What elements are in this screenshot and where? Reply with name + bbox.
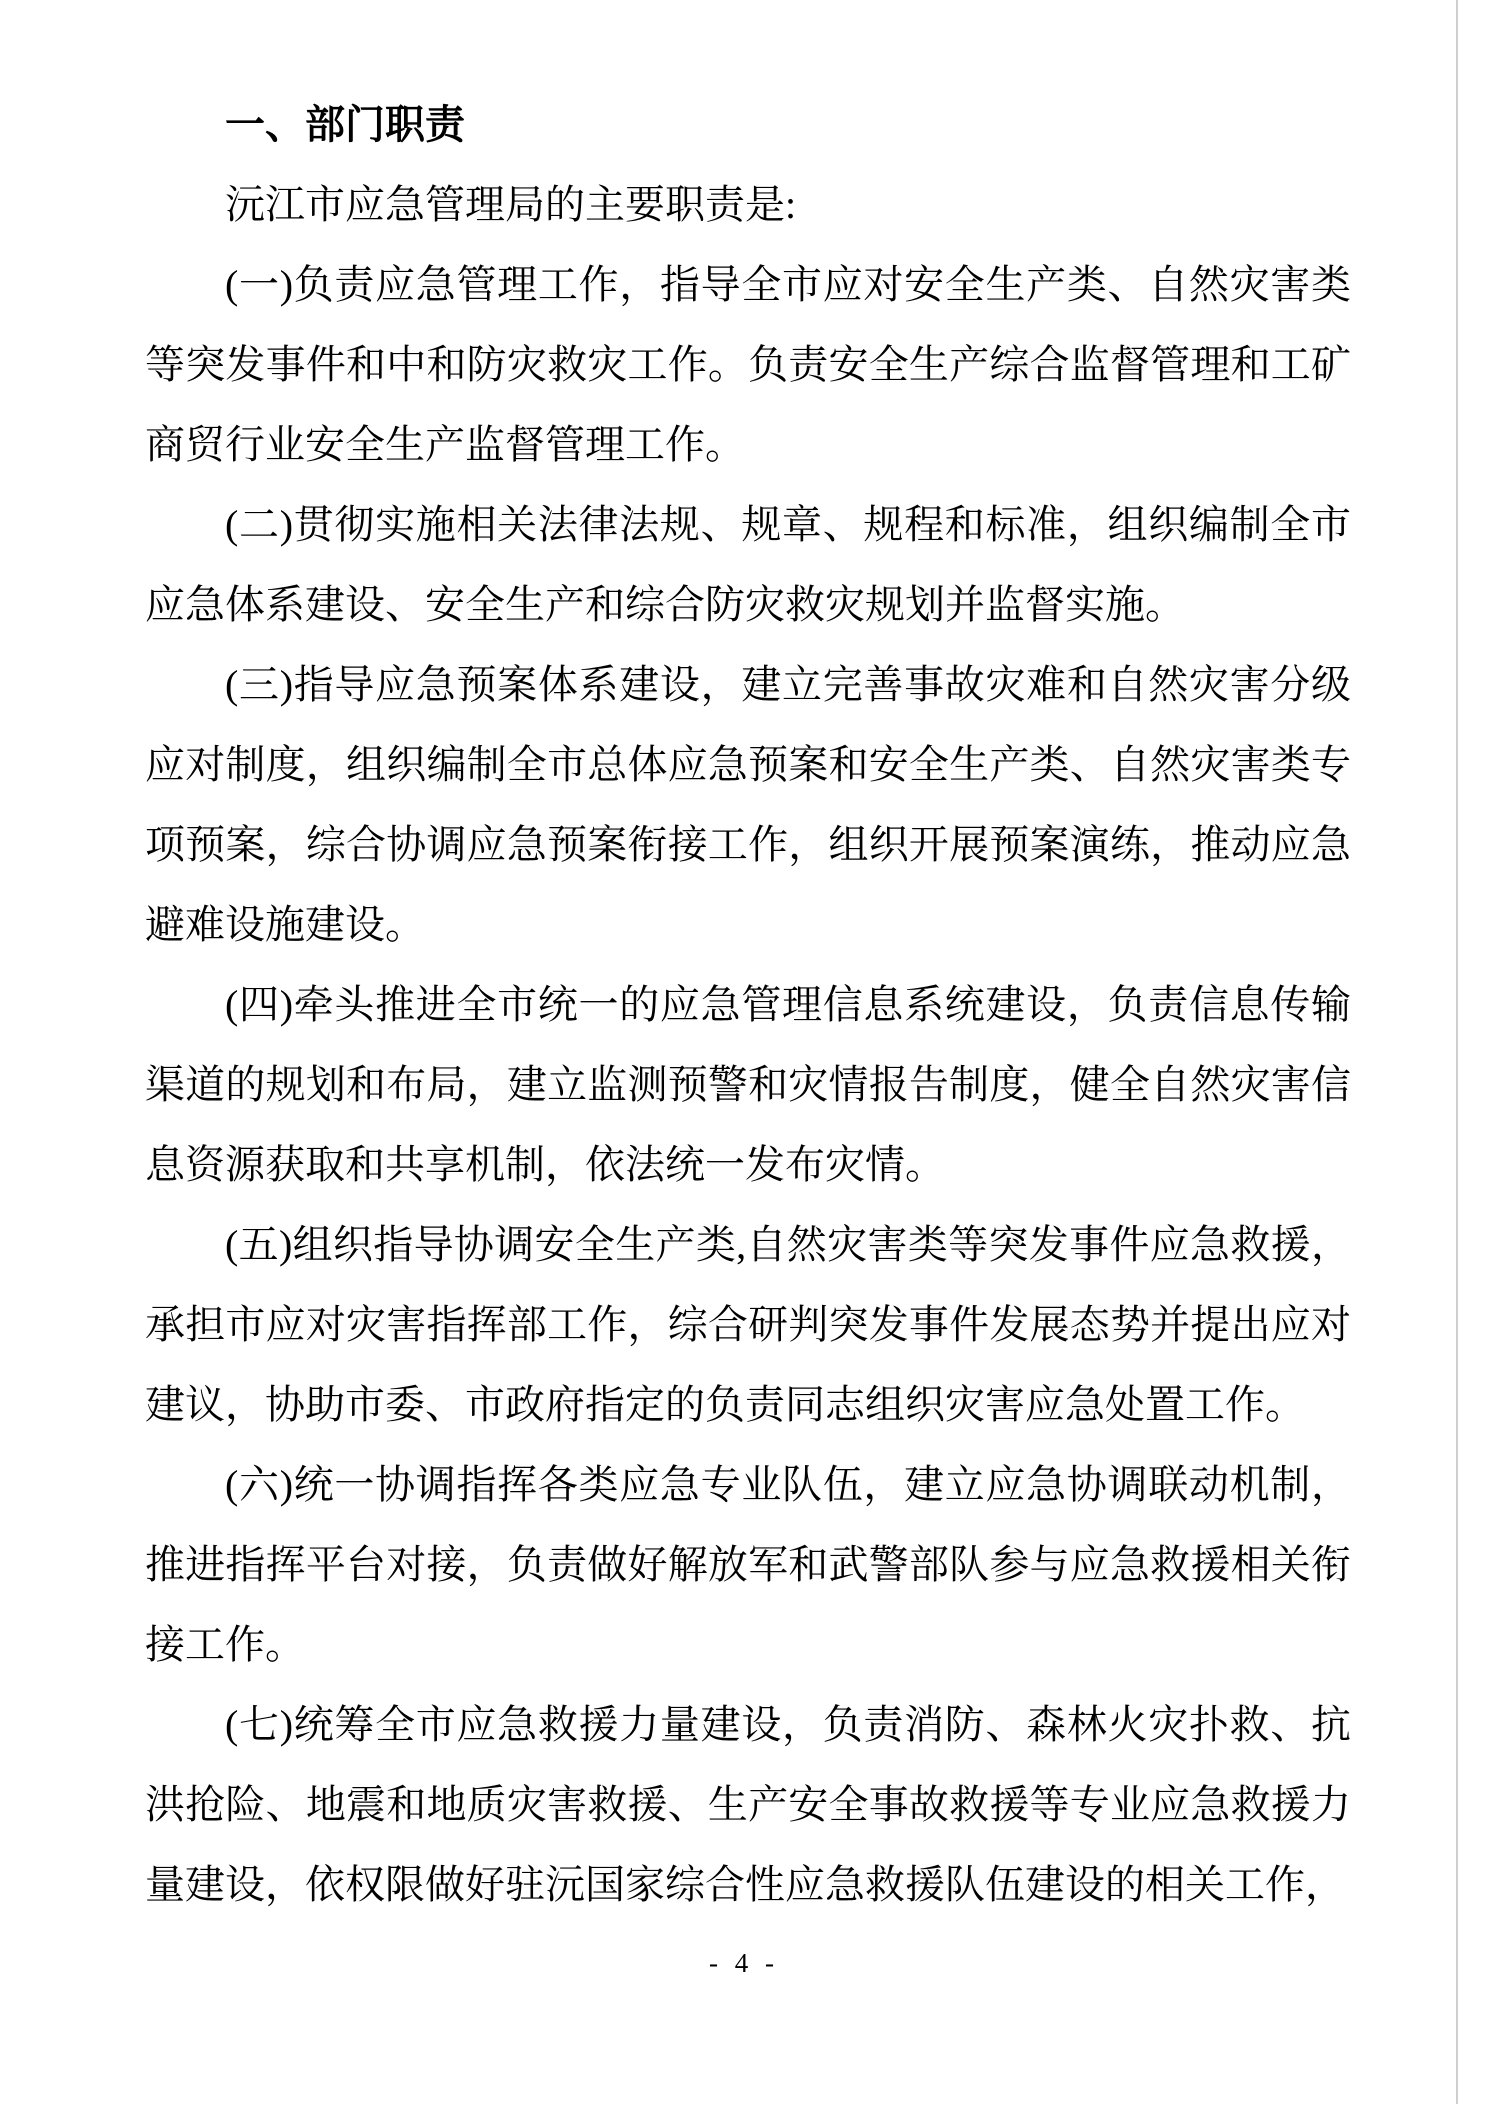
intro-paragraph: 沅江市应急管理局的主要职责是: (145, 165, 1351, 245)
duty-paragraph-2: (二)贯彻实施相关法律法规、规章、规程和标准，组织编制全市应急体系建设、安全生产… (145, 485, 1351, 645)
duty-paragraph-4: (四)牵头推进全市统一的应急管理信息系统建设，负责信息传输渠道的规划和布局，建立… (145, 965, 1351, 1205)
section-heading: 一、部门职责 (145, 85, 1351, 165)
duty-paragraph-6: (六)统一协调指挥各类应急专业队伍，建立应急协调联动机制，推进指挥平台对接，负责… (145, 1445, 1351, 1685)
scan-edge-line (1456, 0, 1458, 2104)
duty-paragraph-1: (一)负责应急管理工作，指导全市应对安全生产类、自然灾害类等突发事件和中和防灾救… (145, 245, 1351, 485)
document-page: 一、部门职责 沅江市应急管理局的主要职责是: (一)负责应急管理工作，指导全市应… (145, 85, 1351, 1925)
duty-paragraph-5: (五)组织指导协调安全生产类,自然灾害类等突发事件应急救援，承担市应对灾害指挥部… (145, 1205, 1351, 1445)
duty-paragraph-7: (七)统筹全市应急救援力量建设，负责消防、森林火灾扑救、抗洪抢险、地震和地质灾害… (145, 1685, 1351, 1925)
page-number: - 4 - (0, 1943, 1488, 1983)
duty-paragraph-3: (三)指导应急预案体系建设，建立完善事故灾难和自然灾害分级应对制度，组织编制全市… (145, 645, 1351, 965)
